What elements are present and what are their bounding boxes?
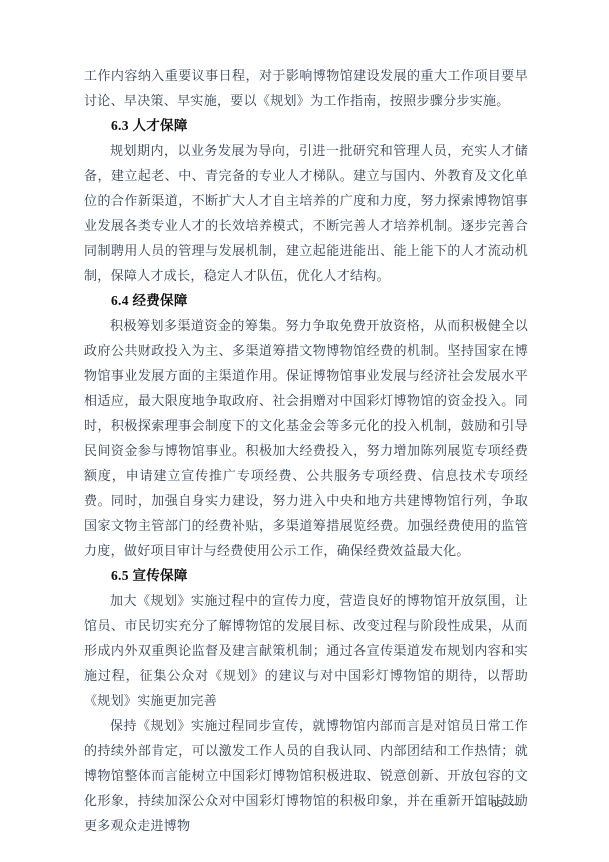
document-page: 工作内容纳入重要议事日程，对于影响博物馆建设发展的重大工作项目要早讨论、早决策、…	[0, 0, 609, 862]
section-heading-publicity: 6.5 宣传保障	[84, 563, 528, 588]
section-heading-funding: 6.4 经费保障	[84, 288, 528, 313]
page-number: — 65 —	[450, 797, 545, 812]
section-publicity-paragraph-2: 保持《规划》实施过程同步宣传，就博物馆内部而言是对馆员日常工作的持续外部肯定，可…	[84, 713, 528, 838]
section-publicity-paragraph-1: 加大《规划》实施过程中的宣传力度，营造良好的博物馆开放氛围，让馆员、市民切实充分…	[84, 588, 528, 713]
section-talent-paragraph: 规划期内，以业务发展为导向，引进一批研究和管理人员，充实人才储备，建立起老、中、…	[84, 138, 528, 288]
section-funding-paragraph: 积极筹划多渠道资金的筹集。努力争取免费开放资格，从而积极健全以政府公共财政投入为…	[84, 313, 528, 563]
section-heading-talent: 6.3 人才保障	[84, 113, 528, 138]
page-content: 工作内容纳入重要议事日程，对于影响博物馆建设发展的重大工作项目要早讨论、早决策、…	[84, 63, 528, 838]
intro-paragraph: 工作内容纳入重要议事日程，对于影响博物馆建设发展的重大工作项目要早讨论、早决策、…	[84, 63, 528, 113]
